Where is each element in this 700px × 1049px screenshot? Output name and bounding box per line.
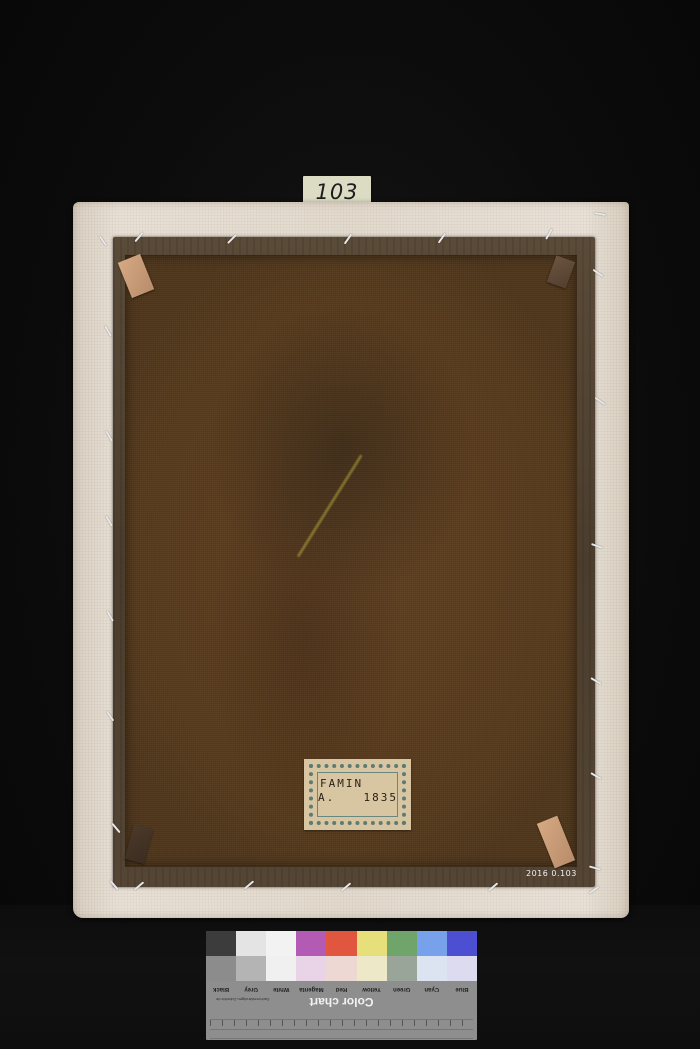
label-date-line: A. 1835 — [318, 791, 398, 804]
provenance-label: FAMIN A. 1835 — [304, 759, 411, 830]
label-artist: FAMIN — [320, 777, 363, 790]
chalk-mark — [297, 454, 363, 557]
swatch-yellow — [357, 931, 387, 981]
inventory-number: 2016 0.103 — [526, 869, 577, 878]
color-chart-website: Sachverständigen-Zubehör.de — [216, 997, 270, 1002]
swatch-green — [387, 931, 417, 981]
swatch-red — [326, 931, 356, 981]
swatch-grey — [236, 931, 266, 981]
swatch-blue — [447, 931, 477, 981]
label-initial: A. — [318, 791, 335, 804]
color-swatches — [206, 931, 477, 981]
swatch-magenta — [296, 931, 326, 981]
color-chart: Blue Cyan Green Yellow Red Magenta White… — [206, 931, 477, 1040]
swatch-cyan — [417, 931, 447, 981]
swatch-white — [266, 931, 296, 981]
swatch-black — [206, 931, 236, 981]
catalog-number: 103 — [315, 180, 358, 204]
label-year: 1835 — [364, 791, 399, 804]
centimeter-ruler — [210, 1019, 473, 1039]
